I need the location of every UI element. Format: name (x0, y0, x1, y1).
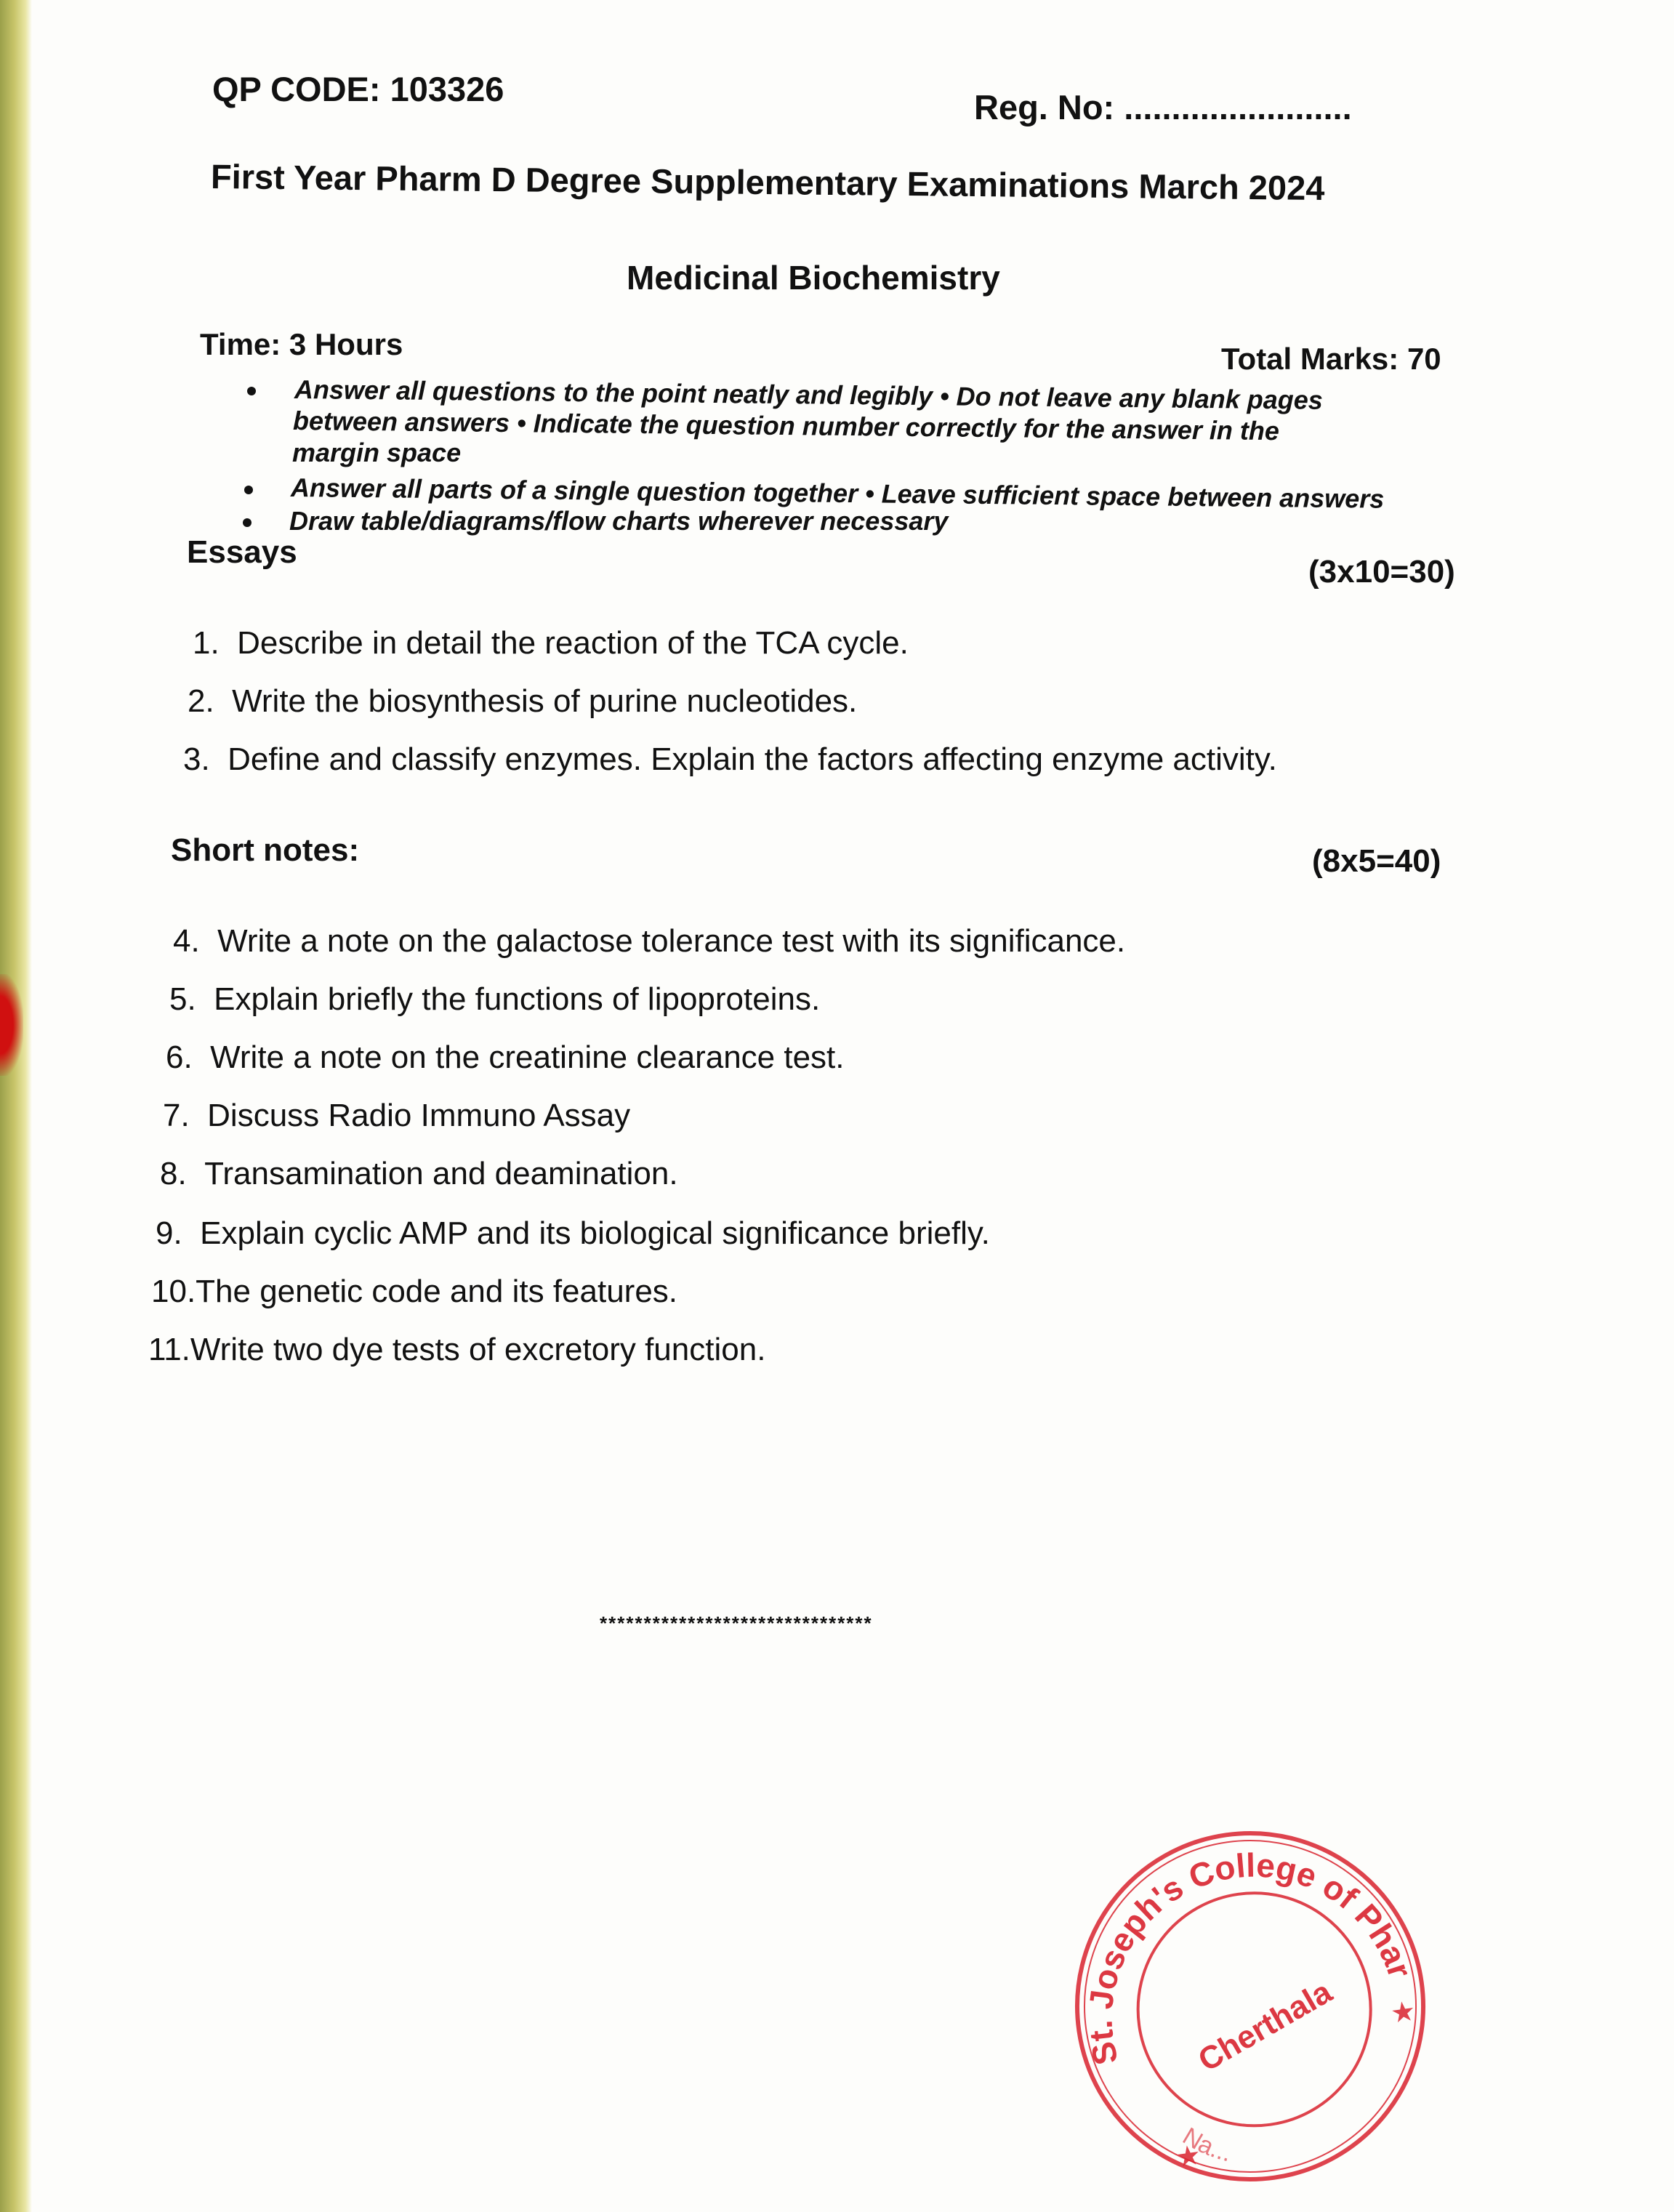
star-icon: ★ (1174, 2140, 1203, 2173)
question-item: 4. Write a note on the galactose toleran… (173, 923, 1125, 960)
page-edge-shadow (0, 0, 32, 2212)
college-seal-stamp: St. Joseph's College of Pharmacy Na... C… (1045, 1801, 1456, 2212)
qp-code: QP CODE: 103326 (212, 69, 504, 109)
bullet-icon (243, 518, 251, 527)
bullet-icon (244, 486, 253, 494)
time-allowed: Time: 3 Hours (200, 327, 403, 362)
instruction-line: margin space (292, 438, 461, 468)
total-marks: Total Marks: 70 (1221, 342, 1441, 377)
question-item: 3. Define and classify enzymes. Explain … (183, 741, 1277, 778)
bullet-icon (247, 387, 256, 395)
question-item: 8. Transamination and deamination. (160, 1156, 678, 1192)
question-item: 5. Explain briefly the functions of lipo… (169, 981, 820, 1018)
question-item: 1. Describe in detail the reaction of th… (193, 625, 909, 661)
question-item: 10.The genetic code and its features. (151, 1274, 677, 1310)
question-item: 9. Explain cyclic AMP and its biological… (156, 1215, 990, 1252)
question-item: 7. Discuss Radio Immuno Assay (163, 1098, 630, 1134)
question-item: 11.Write two dye tests of excretory func… (148, 1332, 765, 1368)
page-edge-red-mark (0, 974, 23, 1076)
exam-title: First Year Pharm D Degree Supplementary … (211, 156, 1325, 208)
section-title-essays: Essays (187, 534, 297, 571)
section-marks-essays: (3x10=30) (1308, 554, 1455, 590)
instruction-line: Draw table/diagrams/flow charts wherever… (289, 506, 948, 536)
subject-title: Medicinal Biochemistry (627, 258, 1000, 297)
question-item: 6. Write a note on the creatinine cleara… (166, 1039, 845, 1076)
end-marker: ******************************* (600, 1612, 873, 1635)
section-title-short-notes: Short notes: (171, 832, 359, 869)
stamp-inner-text: Cherthala (1192, 1974, 1338, 2078)
reg-no-field: Reg. No: ........................ (974, 87, 1352, 127)
section-marks-short-notes: (8x5=40) (1312, 843, 1441, 880)
question-item: 2. Write the biosynthesis of purine nucl… (188, 683, 857, 720)
star-icon: ★ (1389, 1996, 1418, 2030)
